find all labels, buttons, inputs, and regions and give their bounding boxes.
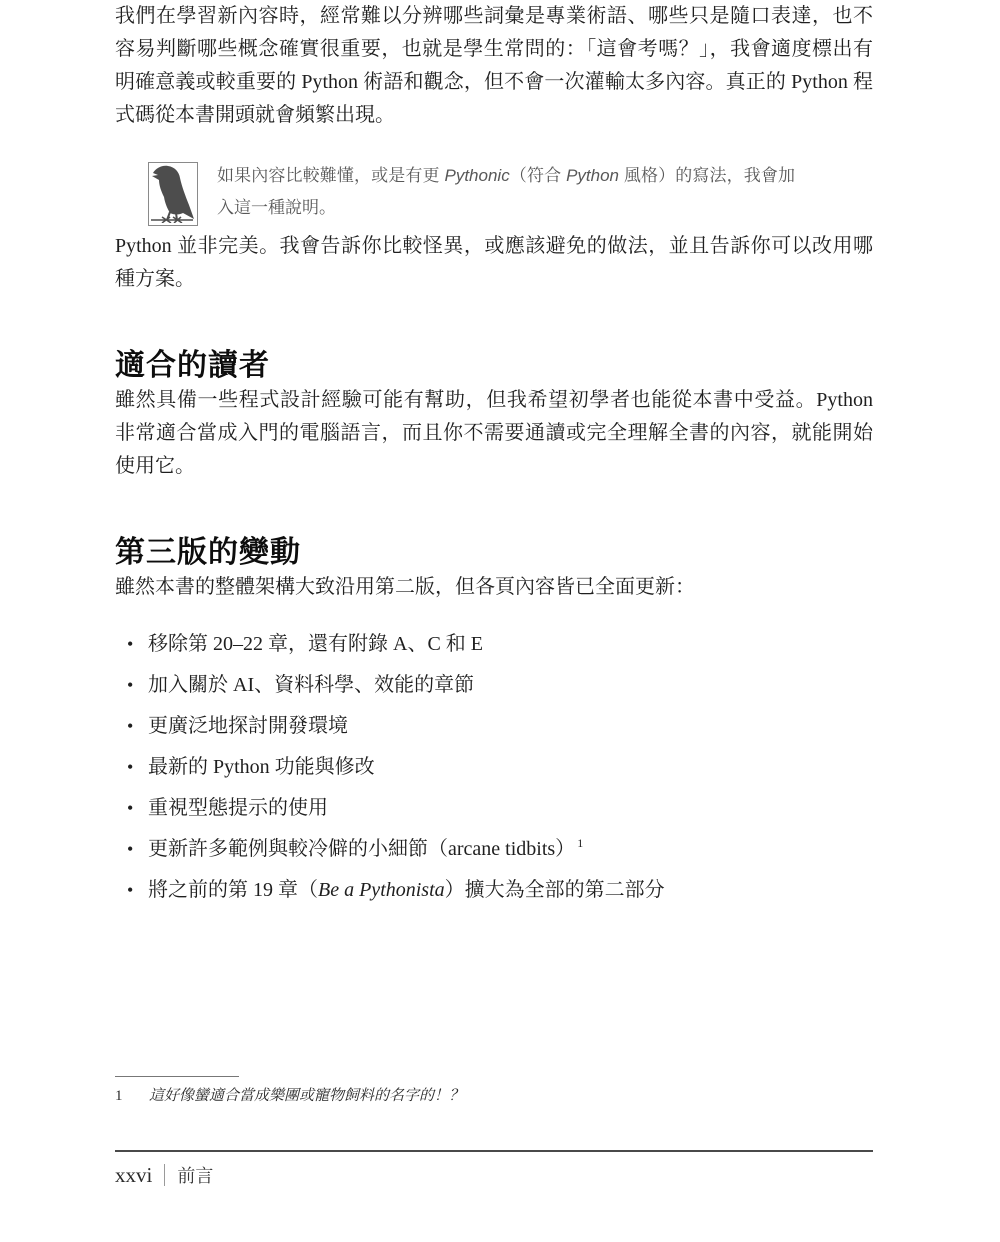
- audience-paragraph: 雖然具備一些程式設計經驗可能有幫助，但我希望初學者也能從本書中受益。Python…: [115, 384, 873, 483]
- list-item: 更新許多範例與較冷僻的小細節（arcane tidbits）1: [148, 835, 873, 863]
- list-item-text: 更新許多範例與較冷僻的小細節（arcane tidbits）: [148, 838, 575, 860]
- list-item: 更廣泛地探討開發環境: [148, 712, 873, 740]
- list-item-text: 移除第 20–22 章，還有附錄 A、C 和 E: [148, 633, 483, 655]
- list-item-text: ）擴大為全部的第二部分: [445, 879, 665, 901]
- crow-icon: [148, 162, 198, 226]
- note-text-italic: Pythonic: [445, 166, 510, 185]
- footnote-marker: 1: [115, 1086, 149, 1106]
- list-item: 重視型態提示的使用: [148, 794, 873, 822]
- section-heading-changes: 第三版的變動: [115, 527, 873, 571]
- changes-list: 移除第 20–22 章，還有附錄 A、C 和 E 加入關於 AI、資料科學、效能…: [115, 630, 873, 904]
- footnote-reference: 1: [577, 836, 583, 850]
- book-page: 我們在學習新內容時，經常難以分辨哪些詞彙是專業術語、哪些只是隨口表達，也不容易判…: [0, 0, 1000, 1242]
- list-item-text: 最新的 Python 功能與修改: [148, 756, 375, 778]
- note-text-italic: Python: [566, 166, 619, 185]
- intro-paragraph-1: 我們在學習新內容時，經常難以分辨哪些詞彙是專業術語、哪些只是隨口表達，也不容易判…: [115, 0, 873, 132]
- footnote-content: 這好像蠻適合當成樂團或寵物飼料的名字的！？: [149, 1088, 464, 1104]
- footer-divider: [115, 1150, 873, 1152]
- list-item-text: 重視型態提示的使用: [148, 797, 328, 819]
- list-item: 加入關於 AI、資料科學、效能的章節: [148, 671, 873, 699]
- section-heading-audience: 適合的讀者: [115, 340, 873, 384]
- list-item-text: 將之前的第 19 章（: [148, 879, 318, 901]
- intro-paragraph-2: Python 並非完美。我會告訴你比較怪異，或應該避免的做法，並且告訴你可以改用…: [115, 230, 873, 296]
- note-callout: 如果內容比較難懂，或是有更 Pythonic（符合 Python 風格）的寫法，…: [115, 160, 873, 230]
- list-item: 最新的 Python 功能與修改: [148, 753, 873, 781]
- list-item: 移除第 20–22 章，還有附錄 A、C 和 E: [148, 630, 873, 658]
- note-text: 如果內容比較難懂，或是有更 Pythonic（符合 Python 風格）的寫法，…: [217, 160, 795, 224]
- list-item-italic: Be a Pythonista: [318, 879, 445, 901]
- page-content: 我們在學習新內容時，經常難以分辨哪些詞彙是專業術語、哪些只是隨口表達，也不容易判…: [115, 0, 873, 917]
- footnote-block: 1這好像蠻適合當成樂團或寵物飼料的名字的！？: [115, 1076, 873, 1106]
- page-number: xxvi: [115, 1163, 152, 1188]
- note-text-part: 如果內容比較難懂，或是有更: [217, 166, 445, 185]
- footnote-divider: [115, 1076, 239, 1077]
- changes-paragraph: 雖然本書的整體架構大致沿用第二版，但各頁內容皆已全面更新：: [115, 571, 873, 604]
- page-footer: xxvi 前言: [115, 1150, 873, 1188]
- footer-section-title: 前言: [177, 1162, 213, 1188]
- note-text-part: （符合: [510, 166, 566, 185]
- list-item: 將之前的第 19 章（Be a Pythonista）擴大為全部的第二部分: [148, 876, 873, 904]
- list-item-text: 更廣泛地探討開發環境: [148, 715, 348, 737]
- footer-separator: [164, 1164, 165, 1186]
- footnote-text: 1這好像蠻適合當成樂團或寵物飼料的名字的！？: [115, 1086, 873, 1106]
- footer-line: xxvi 前言: [115, 1162, 873, 1188]
- list-item-text: 加入關於 AI、資料科學、效能的章節: [148, 674, 474, 696]
